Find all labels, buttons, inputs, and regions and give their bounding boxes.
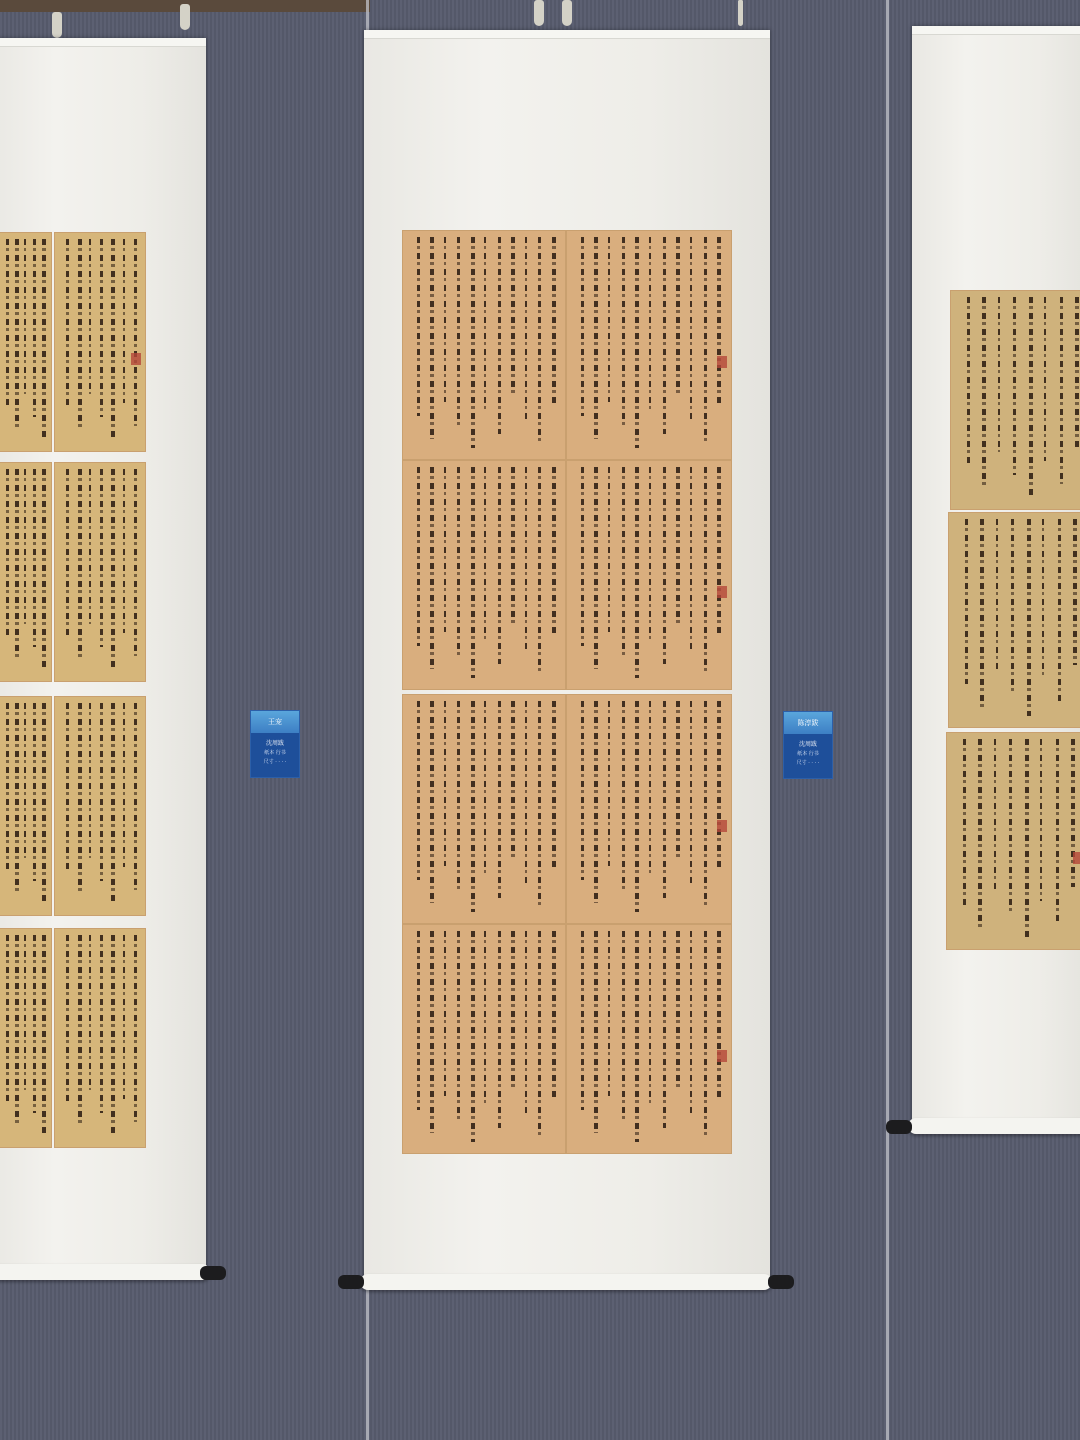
- label-medium: 纸本 行书: [251, 750, 299, 756]
- calligraphy-panel: [54, 462, 146, 682]
- roller-knob: [338, 1275, 364, 1289]
- scroll-roller-center: [360, 1274, 772, 1290]
- label-name: 沈周跋: [251, 738, 299, 747]
- hanging-hook: [562, 0, 572, 26]
- calligraphy-panel: [0, 462, 52, 682]
- calligraphy-panel: [402, 694, 566, 924]
- scroll-roller-left: [0, 1264, 210, 1280]
- calligraphy-panel: [0, 928, 52, 1148]
- roller-knob: [886, 1120, 912, 1134]
- calligraphy-panel: [402, 230, 566, 460]
- calligraphy-panel: [54, 696, 146, 916]
- calligraphy-panel: [566, 230, 732, 460]
- label-title: 陈淳跋: [784, 712, 832, 734]
- hanging-hook: [180, 4, 190, 30]
- label-title: 王宠: [251, 711, 299, 733]
- exhibit-label-right: 陈淳跋 沈周跋 纸本 行书 尺寸 · · · ·: [783, 711, 833, 779]
- roller-knob: [768, 1275, 794, 1289]
- exhibit-label-left: 王宠 沈周跋 纸本 行书 尺寸 · · · ·: [250, 710, 300, 778]
- calligraphy-panel: [54, 928, 146, 1148]
- calligraphy-panel: [566, 460, 732, 690]
- calligraphy-panel: [566, 694, 732, 924]
- hanging-hook: [534, 0, 544, 26]
- wall-seam: [886, 0, 889, 1440]
- hanging-hook: [52, 12, 62, 38]
- calligraphy-panel: [0, 696, 52, 916]
- calligraphy-panel: [566, 924, 732, 1154]
- label-size: 尺寸 · · · ·: [784, 760, 832, 766]
- roller-knob: [200, 1266, 226, 1280]
- calligraphy-panel: [0, 232, 52, 452]
- calligraphy-panel: [950, 290, 1080, 510]
- calligraphy-panel: [54, 232, 146, 452]
- label-size: 尺寸 · · · ·: [251, 759, 299, 765]
- calligraphy-panel: [946, 732, 1080, 950]
- scroll-roller-right: [908, 1118, 1080, 1134]
- hanging-hook: [738, 0, 743, 26]
- label-medium: 纸本 行书: [784, 751, 832, 757]
- label-name: 沈周跋: [784, 739, 832, 748]
- calligraphy-panel: [948, 512, 1080, 728]
- calligraphy-panel: [402, 924, 566, 1154]
- calligraphy-panel: [402, 460, 566, 690]
